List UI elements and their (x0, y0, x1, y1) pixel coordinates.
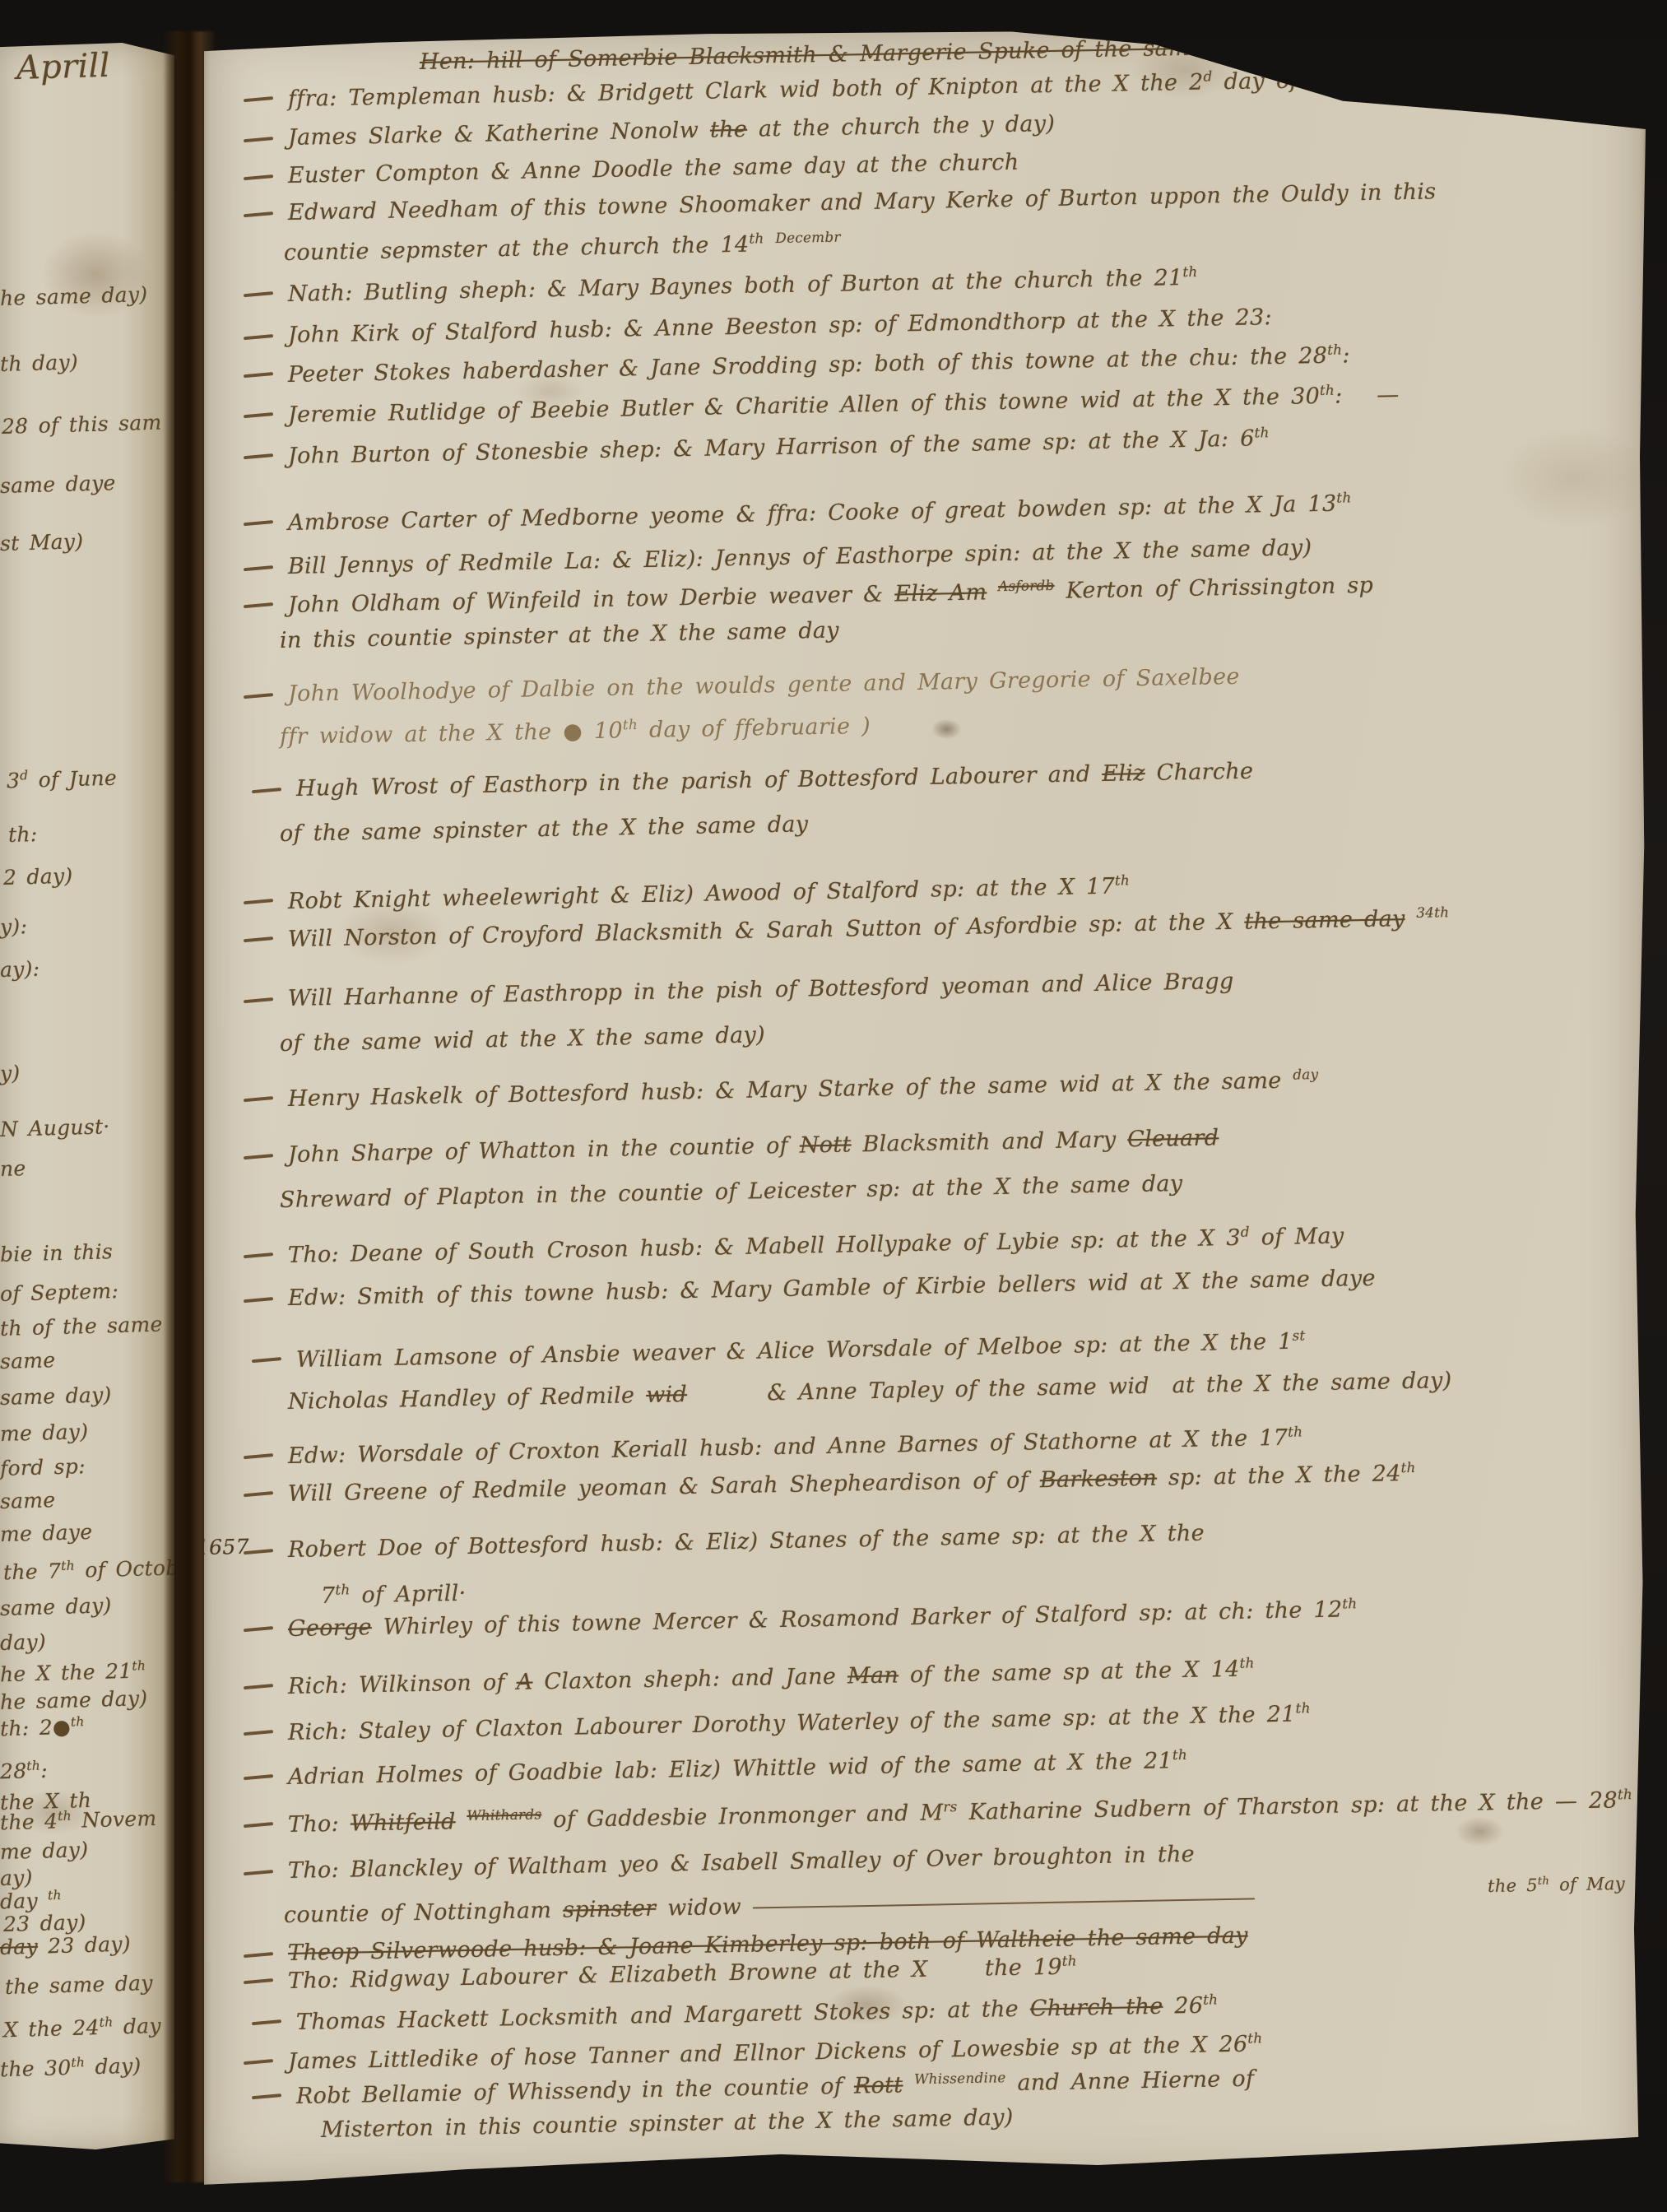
register-entry-line: Will Harhanne of Easthropp in the pish o… (288, 969, 1234, 1011)
register-entry-line: James Slarke & Katherine Nonolw the at t… (288, 111, 1056, 151)
facing-page-edge: Aprillhe same day)th day)28 of this sams… (0, 43, 174, 2149)
superscript-text: th (1239, 1654, 1254, 1671)
entry-dash-marker (244, 899, 273, 904)
register-entry-line: countie of Nottingham spinster widow (284, 1884, 1256, 1928)
entry-text: Bill Jennys of Redmile La: & Eliz): Jenn… (288, 535, 1312, 579)
register-entry-line: Hen: hill of Somerbie Blacksmith & Marge… (420, 26, 1646, 75)
entry-text: Edward Needham of this towne Shoomaker a… (288, 179, 1437, 225)
superscript-text: th (1327, 342, 1342, 358)
superscript-text: d (1203, 67, 1212, 84)
register-entry-line: William Lamsone of Ansbie weaver & Alice… (296, 1327, 1306, 1373)
entry-dash-marker (244, 137, 273, 142)
entry-text: 7th of Aprill· (321, 1581, 467, 1609)
entry-text: Henry Haskelk of Bottesford husb: & Mary… (288, 1067, 1319, 1112)
register-entry-line: 7th of Aprill· (321, 1579, 467, 1609)
left-page-fragment: 23 day) (3, 1910, 86, 1936)
register-entry-line: Tho: Deane of South Croson husb: & Mabel… (288, 1221, 1344, 1268)
superscript-text: rs (943, 1798, 958, 1815)
entry-dash-marker (244, 565, 273, 571)
left-page-fragment: me day) (0, 1420, 89, 1446)
register-entry-line: in this countie spinster at the X the sa… (280, 618, 839, 653)
entry-dash-marker (244, 1154, 273, 1159)
entry-text: the 5th of May (1488, 1874, 1625, 1896)
superscript-text: th (1115, 871, 1130, 888)
struck-text: Hen: hill of Somerbie Blacksmith & Marge… (420, 27, 1646, 75)
entry-dash-marker (244, 602, 273, 608)
entry-text: Shreward of Plapton in the countie of Le… (280, 1171, 1183, 1213)
entry-text: James Slarke & Katherine Nonolw the at t… (288, 111, 1056, 151)
left-page-fragment: the same day (5, 1971, 153, 1999)
left-page-fragment: 28th: (0, 1758, 48, 1783)
left-page-fragment: X the 24th day (3, 2014, 162, 2042)
left-page-fragment: the 30th day) (0, 2053, 142, 2081)
superscript-text: th (48, 1888, 62, 1903)
superscript-text: Whithards (467, 1805, 541, 1824)
struck-text: A (516, 1670, 532, 1695)
entry-text: countie sepmster at the church the 14th … (284, 230, 841, 266)
entry-dash-marker (244, 520, 273, 526)
superscript-text: th (1342, 1595, 1357, 1611)
entry-text: Ambrose Carter of Medborne yeome & ffra:… (288, 490, 1352, 536)
superscript-text: th (71, 1714, 85, 1729)
entry-dash-marker (244, 372, 273, 378)
entry-dash-marker (244, 997, 273, 1003)
left-page-fragment: same (0, 1488, 56, 1513)
entry-dash-marker (244, 453, 273, 459)
left-page-fragment: the 4th Novem (0, 1806, 157, 1835)
register-entry-line: Rich: Wilkinson of A Claxton sheph: and … (288, 1654, 1255, 1699)
entry-dash-marker (244, 936, 273, 942)
superscript-text: th (132, 1658, 146, 1673)
register-entry-line: Misterton in this countie spinster at th… (321, 2105, 1014, 2143)
entry-text: Jeremie Rutlidge of Beebie Butler & Char… (288, 382, 1400, 428)
register-entry-line: Will Greene of Redmile yeoman & Sarah Sh… (288, 1459, 1416, 1507)
register-entry-line: Euster Compton & Anne Doodle the same da… (288, 150, 1019, 188)
entry-dash-marker (244, 1491, 273, 1497)
left-page-fragment: same day) (0, 1593, 112, 1620)
entry-text: Nicholas Handley of Redmile wid & Anne T… (288, 1368, 1452, 1415)
struck-text: the (710, 117, 748, 143)
struck-text: day (0, 1935, 38, 1959)
entry-dash-marker (244, 412, 273, 418)
register-entry-line: Nicholas Handley of Redmile wid & Anne T… (288, 1368, 1452, 1415)
entry-dash-marker (252, 2093, 281, 2099)
register-entry-line: John Burton of Stonesbie shep: & Mary Ha… (288, 424, 1270, 469)
entry-dash-marker (244, 291, 273, 297)
left-page-fragment: N August· (0, 1114, 110, 1141)
entry-text: countie of Nottingham spinster widow (284, 1894, 742, 1928)
left-page-fragment: y) (0, 1061, 21, 1085)
entry-dash-marker (244, 1626, 273, 1632)
entry-dash-marker (244, 1684, 273, 1689)
superscript-text: th (1288, 1423, 1302, 1439)
struck-text: wid (646, 1382, 687, 1408)
entry-dash-marker (244, 334, 273, 340)
entry-text: Rich: Staley of Claxton Labourer Dorothy… (288, 1701, 1311, 1745)
register-entry-line: Tho: Whitfeild Whithards of Gaddesbie Ir… (288, 1785, 1646, 1838)
register-entry-line: John Woolhodye of Dalbie on the woulds g… (288, 664, 1240, 707)
superscript-text: th (1336, 489, 1351, 505)
entry-dash-marker (244, 1252, 273, 1258)
left-page-fragment: he X the 21th (0, 1658, 146, 1686)
superscript-text: d (20, 768, 29, 783)
superscript-text: th (58, 1809, 72, 1824)
entry-dash-marker (244, 211, 273, 217)
entry-dash-marker (244, 2059, 273, 2065)
superscript-text: th (71, 2055, 85, 2070)
entry-text: in this countie spinster at the X the sa… (280, 618, 839, 653)
superscript-text: Whissendine (914, 2069, 1006, 2087)
left-page-fragment: he same day) (0, 282, 148, 310)
left-page-fragment: the 7th of Octob: (3, 1555, 187, 1585)
struck-text: Whitfeild (351, 1809, 456, 1836)
struck-text: Man (847, 1662, 899, 1689)
entry-text: Peeter Stokes haberdasher & Jane Sroddin… (288, 342, 1350, 388)
register-entry-line: Edward Needham of this towne Shoomaker a… (288, 179, 1437, 225)
left-page-fragment: 2 day) (3, 864, 73, 890)
struck-text: Eliz Am (894, 579, 987, 606)
entry-text: Hen: hill of Somerbie Blacksmith & Marge… (420, 27, 1646, 75)
struck-text: spinster (563, 1896, 657, 1923)
register-entry-line: Tho: Blanckley of Waltham yeo & Isabell … (288, 1842, 1196, 1884)
register-entry-line: 1657Robert Doe of Bottesford husb: & Eli… (288, 1521, 1205, 1563)
entry-dash-marker (244, 1978, 273, 1984)
superscript-text: th (1203, 1991, 1218, 2007)
struck-text: George (288, 1615, 372, 1642)
entry-dash-marker (244, 1730, 273, 1736)
entry-dash-marker (244, 1952, 273, 1958)
entry-dash-marker (244, 1096, 273, 1102)
register-entry-line: Shreward of Plapton in the countie of Le… (280, 1171, 1183, 1213)
struck-text: Asfordb (998, 577, 1055, 594)
struck-text: Rott (854, 2072, 903, 2098)
entry-text: Misterton in this countie spinster at th… (321, 2105, 1014, 2143)
left-page-fragment: th day) (0, 350, 78, 376)
entry-text: Edw: Worsdale of Croxton Keriall husb: a… (288, 1424, 1303, 1469)
left-page-fragment: st May) (0, 529, 84, 555)
struck-text: Whithards (467, 1805, 541, 1824)
register-entry-line: Robt Knight wheelewright & Eliz) Awood o… (288, 871, 1131, 914)
superscript-text: th (99, 2014, 113, 2029)
entry-text: John Sharpe of Whatton in the countie of… (288, 1125, 1219, 1168)
superscript-text: th (1618, 1786, 1632, 1802)
left-page-fragment: day 23 day) (0, 1932, 131, 1959)
entry-text: Rich: Wilkinson of A Claxton sheph: and … (288, 1656, 1255, 1699)
superscript-text: th (1172, 1746, 1187, 1763)
left-page-fragment: th: 2●th (0, 1714, 85, 1740)
left-page-fragment: same day) (0, 1382, 112, 1410)
struck-text: Church the (1030, 1994, 1163, 2022)
entry-text: Adrian Holmes of Goadbie lab: Eliz) Whit… (288, 1748, 1188, 1790)
superscript-text: th (1400, 1459, 1415, 1475)
entry-text: John Kirk of Stalford husb: & Anne Beest… (288, 304, 1272, 348)
entry-text: Robert Doe of Bottesford husb: & Eliz) S… (288, 1521, 1205, 1563)
register-entry-line: Rich: Staley of Claxton Labourer Dorothy… (288, 1699, 1311, 1745)
left-page-fragment: same daye (0, 471, 116, 498)
left-page-fragment: ne (0, 1156, 26, 1181)
entry-text: John Oldham of Winfeild in tow Derbie we… (288, 573, 1374, 618)
left-page-fragment: of Septem: (0, 1279, 119, 1306)
margin-year: 1657 (204, 1535, 249, 1559)
entry-text: of the same spinster at the X the same d… (280, 811, 809, 847)
register-entry-line: Edw: Smith of this towne husb: & Mary Ga… (288, 1266, 1376, 1311)
left-page-fragment: ford sp: (0, 1454, 86, 1480)
register-page: Hen: hill of Somerbie Blacksmith & Marge… (204, 23, 1646, 2189)
entry-dash-marker (252, 2019, 281, 2025)
register-entry-line: of the same spinster at the X the same d… (280, 811, 809, 847)
entry-text: Euster Compton & Anne Doodle the same da… (288, 150, 1019, 188)
struck-text: Nott (800, 1132, 852, 1158)
entry-dash-marker (244, 1822, 273, 1828)
left-page-fragment: ay): (0, 957, 40, 982)
register-entry-line: ffr widow at the X the ● 10th day of ffe… (280, 712, 871, 750)
entry-text: Robt Bellamie of Whissendy in the counti… (296, 2066, 1255, 2109)
manuscript-photo: Aprillhe same day)th day)28 of this sams… (0, 0, 1667, 2212)
entry-text: of the same wid at the X the same day) (280, 1022, 765, 1057)
superscript-text: th (1538, 1875, 1549, 1888)
superscript-text: Decembr (775, 229, 841, 246)
register-entry-line: John Kirk of Stalford husb: & Anne Beest… (288, 304, 1272, 348)
register-entry-line: countie sepmster at the church the 14th … (284, 229, 841, 266)
entry-text: Nath: Butling sheph: & Mary Baynes both … (288, 265, 1198, 307)
left-page-fragment: day th (0, 1888, 62, 1913)
left-page-fragment: th: (8, 822, 38, 847)
entry-dash-marker (244, 1870, 273, 1875)
register-entry-line: the 5th of May (1488, 1874, 1625, 1896)
entry-dash-marker (252, 788, 281, 793)
superscript-text: th (1061, 1952, 1076, 1968)
register-entry-line: John Oldham of Winfeild in tow Derbie we… (288, 571, 1374, 618)
register-entry-line: Edw: Worsdale of Croxton Keriall husb: a… (288, 1423, 1303, 1469)
entry-dash-marker (244, 1297, 273, 1303)
superscript-text: th (1320, 382, 1335, 398)
entry-text: William Lamsone of Ansbie weaver & Alice… (296, 1329, 1306, 1373)
struck-text: the same day (1244, 906, 1405, 935)
register-entry-line: Bill Jennys of Redmile La: & Eliz): Jenn… (288, 535, 1312, 579)
entry-text: John Burton of Stonesbie shep: & Mary Ha… (288, 425, 1270, 469)
register-entry-line: John Sharpe of Whatton in the countie of… (288, 1125, 1219, 1168)
entry-dash-marker (244, 693, 273, 699)
entry-text: Will Norston of Croyford Blacksmith & Sa… (288, 905, 1450, 952)
superscript-text: 34th (1416, 904, 1449, 921)
entry-text: Will Harhanne of Easthropp in the pish o… (288, 969, 1234, 1011)
superscript-text: Asfordb (998, 577, 1055, 594)
struck-text: Barkeston (1040, 1466, 1158, 1494)
struck-text: Cleuard (1127, 1125, 1219, 1152)
entry-text: Tho: Deane of South Croson husb: & Mabel… (288, 1223, 1344, 1268)
entry-dash-marker (244, 1453, 273, 1459)
left-page-fragment: 3d of June (7, 765, 118, 792)
superscript-text: d (1440, 29, 1449, 45)
register-entry-line: Hugh Wrost of Easthorp in the parish of … (296, 759, 1254, 802)
left-page-fragment: Aprill (16, 47, 110, 87)
left-page-fragment: he same day) (0, 1686, 148, 1714)
superscript-text: th (61, 1559, 75, 1573)
entry-text: Will Greene of Redmile yeoman & Sarah Sh… (288, 1461, 1416, 1507)
register-entry-line: Jeremie Rutlidge of Beebie Butler & Char… (288, 380, 1400, 428)
left-page-fragment: th of the same (0, 1312, 163, 1341)
register-entry-line: Ambrose Carter of Medborne yeome & ffra:… (288, 489, 1352, 536)
entry-dash-marker (252, 1357, 281, 1363)
inked-rule (753, 1898, 1255, 1908)
left-page-fragment: me day) (0, 1838, 89, 1864)
superscript-text: th (1295, 1699, 1310, 1716)
superscript-text: st (1292, 1327, 1305, 1344)
entry-dash-marker (244, 96, 273, 102)
superscript-text: th (1254, 424, 1269, 440)
register-entry-line: Thomas Hackett Locksmith and Margarett S… (296, 1991, 1219, 2035)
entry-text: John Woolhodye of Dalbie on the woulds g… (288, 664, 1240, 707)
superscript-text: th (26, 1759, 40, 1773)
struck-text: Eliz (1102, 760, 1145, 787)
entry-text: Thomas Hackett Locksmith and Margarett S… (296, 1992, 1219, 2035)
left-page-fragment: y): (0, 914, 28, 939)
superscript-text: th (1182, 263, 1197, 280)
register-entry-line: of the same wid at the X the same day) (280, 1022, 765, 1057)
entry-text: Edw: Smith of this towne husb: & Mary Ga… (288, 1266, 1376, 1311)
superscript-text: th (1247, 2029, 1262, 2046)
entry-text: Robt Knight wheelewright & Eliz) Awood o… (288, 873, 1131, 914)
entry-text: Tho: Whitfeild Whithards of Gaddesbie Ir… (288, 1787, 1646, 1838)
superscript-text: th (335, 1581, 350, 1597)
superscript-text: day (1293, 1066, 1318, 1083)
entry-text: Hugh Wrost of Easthorp in the parish of … (296, 759, 1254, 802)
left-page-fragment: day) (0, 1629, 46, 1655)
left-page-fragment: bie in this (0, 1239, 113, 1266)
left-page-fragment: same (0, 1348, 56, 1373)
entry-dash-marker (244, 174, 273, 180)
register-entry-line: Nath: Butling sheph: & Mary Baynes both … (288, 263, 1198, 307)
left-page-fragment: 28 of this sam (2, 411, 162, 439)
superscript-text: th (749, 230, 764, 246)
register-entry-line: Henry Haskelk of Bottesford husb: & Mary… (288, 1066, 1319, 1112)
entry-dash-marker (244, 1774, 273, 1780)
superscript-text: th (623, 716, 638, 732)
left-page-fragment: me daye (0, 1520, 93, 1546)
entry-text: Tho: Blanckley of Waltham yeo & Isabell … (288, 1842, 1196, 1884)
register-entry-line: Peeter Stokes haberdasher & Jane Sroddin… (288, 341, 1350, 388)
superscript-text: d (1241, 1224, 1250, 1240)
left-page-fragment: ay) (0, 1866, 33, 1890)
register-entry-line: Adrian Holmes of Goadbie lab: Eliz) Whit… (288, 1746, 1188, 1790)
entry-text: ffr widow at the X the ● 10th day of ffe… (280, 713, 871, 750)
